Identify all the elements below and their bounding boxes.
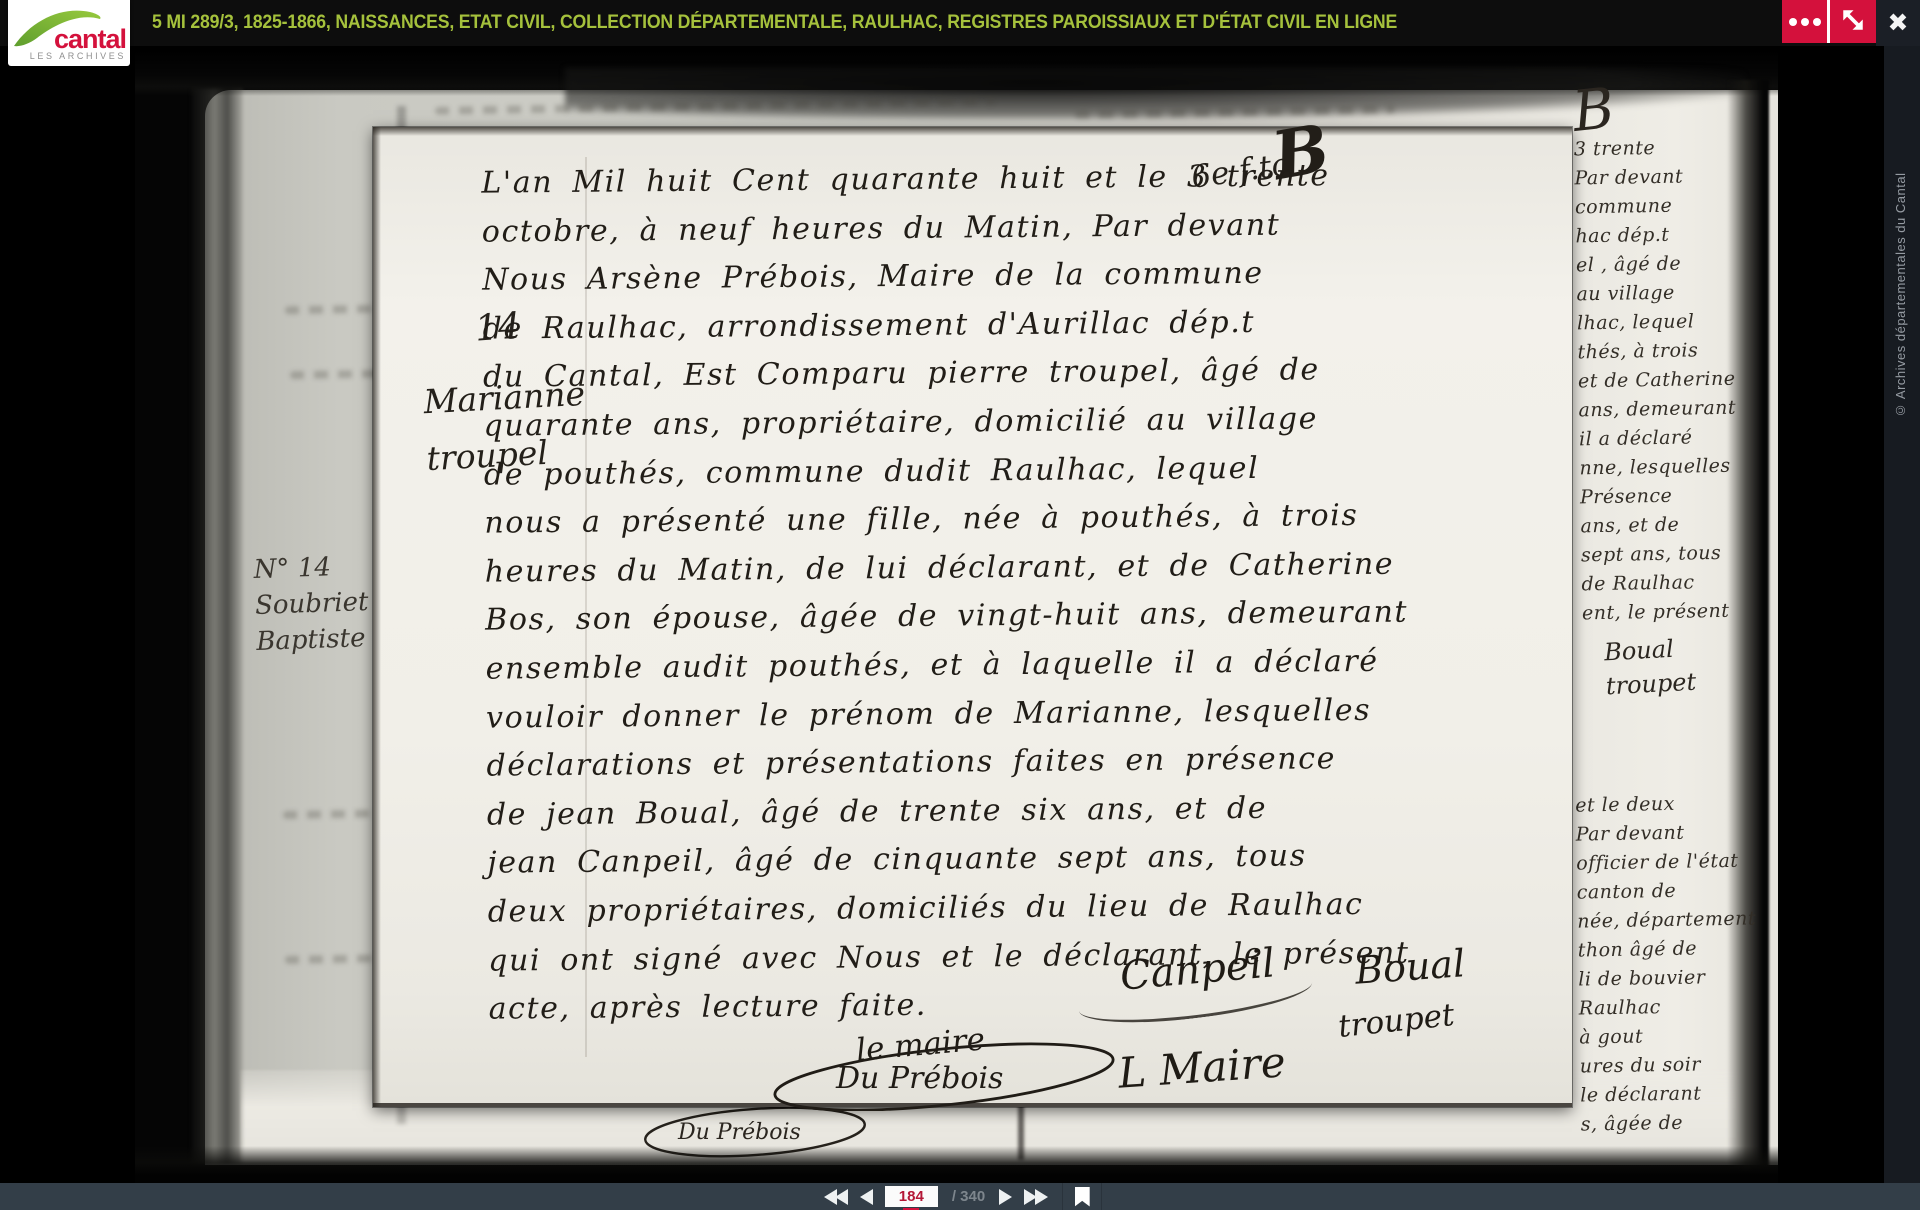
page-number-input[interactable] (885, 1186, 938, 1207)
page-bottom-edge (373, 1103, 1572, 1107)
scan-margin-note: N° 14SoubrietBaptiste (253, 548, 370, 660)
scan-line-fragments-upper: 3 trentePar devantcommunehac dép.tel , â… (1574, 133, 1740, 629)
page-navigation-controls: / 340 (818, 1183, 1102, 1210)
bookmark-icon (1075, 1187, 1090, 1207)
act-text-lines: L'an Mil huit Cent quarante huit et le 3… (481, 150, 1549, 1034)
first-page-icon (824, 1189, 848, 1205)
mayor-oval-signature-text: Du Prébois (836, 1061, 1003, 1096)
image-viewer[interactable]: N° 14SoubrietBaptiste B 3 trentePar deva… (0, 46, 1920, 1183)
last-page-icon (1024, 1189, 1048, 1205)
more-options-button[interactable] (1782, 0, 1827, 43)
signature-title-l-maire: L Maire (1116, 1037, 1287, 1098)
top-header-bar: 5 MI 289/3, 1825-1866, NAISSANCES, ETAT … (0, 0, 1920, 46)
document-title: 5 MI 289/3, 1825-1866, NAISSANCES, ETAT … (152, 0, 1397, 46)
scan-signature-fragments: Boualtroupet (1603, 631, 1697, 704)
expand-icon (1840, 7, 1866, 33)
bookmark-cell (1062, 1183, 1102, 1210)
first-page-button[interactable] (818, 1183, 854, 1210)
page-number-box (885, 1186, 938, 1207)
cantal-archives-logo[interactable]: cantal LES ARCHIVES (8, 0, 130, 66)
mayor-oval-signature: Du Prébois (766, 1039, 1122, 1111)
close-icon: ✖ (1888, 8, 1909, 37)
ellipsis-icon (1782, 0, 1827, 43)
logo-subtitle-text: LES ARCHIVES (8, 51, 126, 61)
fullscreen-button[interactable] (1830, 0, 1876, 43)
zoom-detail-page[interactable]: 14 Mariannetroupel 6e f.to B L'an Mil hu… (373, 127, 1572, 1107)
scan-bottom-shadow (135, 1146, 1778, 1183)
close-button[interactable]: ✖ (1876, 0, 1920, 46)
bookmark-button[interactable] (1075, 1183, 1090, 1210)
book-spine-shadow (191, 88, 243, 1164)
signature-boual: Boual (1354, 941, 1467, 993)
copyright-strip: © Archives départementales du Cantal (1884, 46, 1920, 1183)
last-page-button[interactable] (1018, 1183, 1054, 1210)
next-page-icon (999, 1189, 1012, 1205)
bottom-navigation-bar: / 340 (0, 1183, 1920, 1210)
scan-line-fragments-lower: et le deuxPar devantofficier de l'étatca… (1575, 788, 1760, 1139)
next-page-button[interactable] (993, 1183, 1018, 1210)
previous-page-icon (860, 1189, 873, 1205)
scan-oval-signature-text: Du Prébois (678, 1120, 801, 1145)
logo-brand-text: cantal (8, 26, 126, 52)
total-pages-label: / 340 (952, 1183, 985, 1210)
previous-page-button[interactable] (854, 1183, 879, 1210)
copyright-text: © Archives départementales du Cantal (1893, 118, 1908, 418)
